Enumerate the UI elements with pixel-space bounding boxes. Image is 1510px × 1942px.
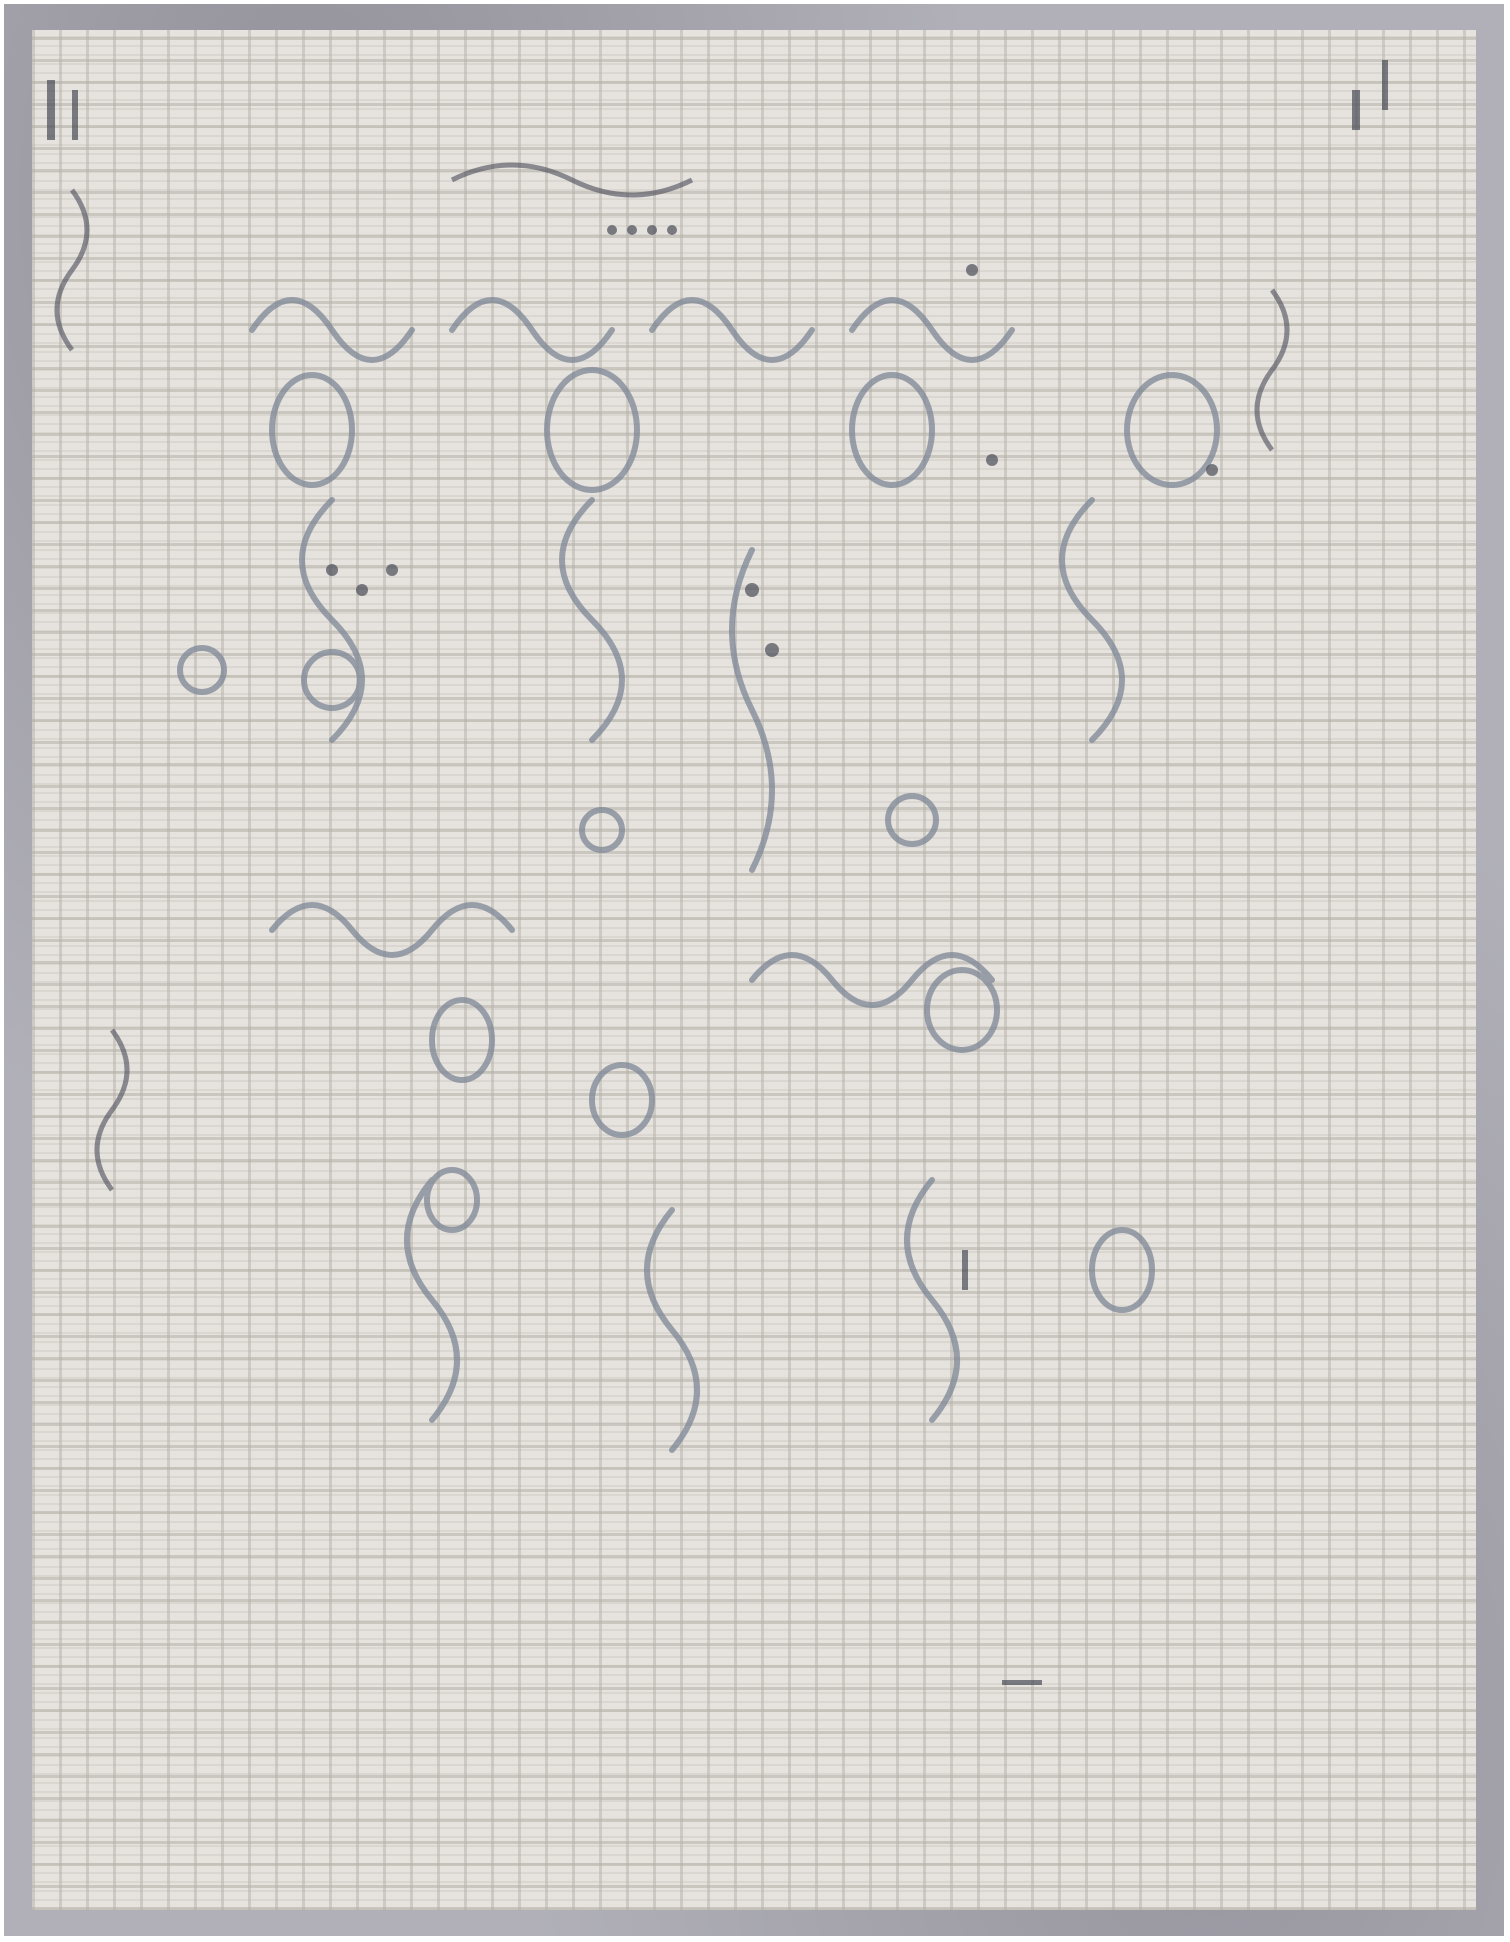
rug-field	[32, 30, 1476, 1910]
ornamental-motifs	[32, 30, 1476, 1910]
rug	[4, 4, 1504, 1936]
